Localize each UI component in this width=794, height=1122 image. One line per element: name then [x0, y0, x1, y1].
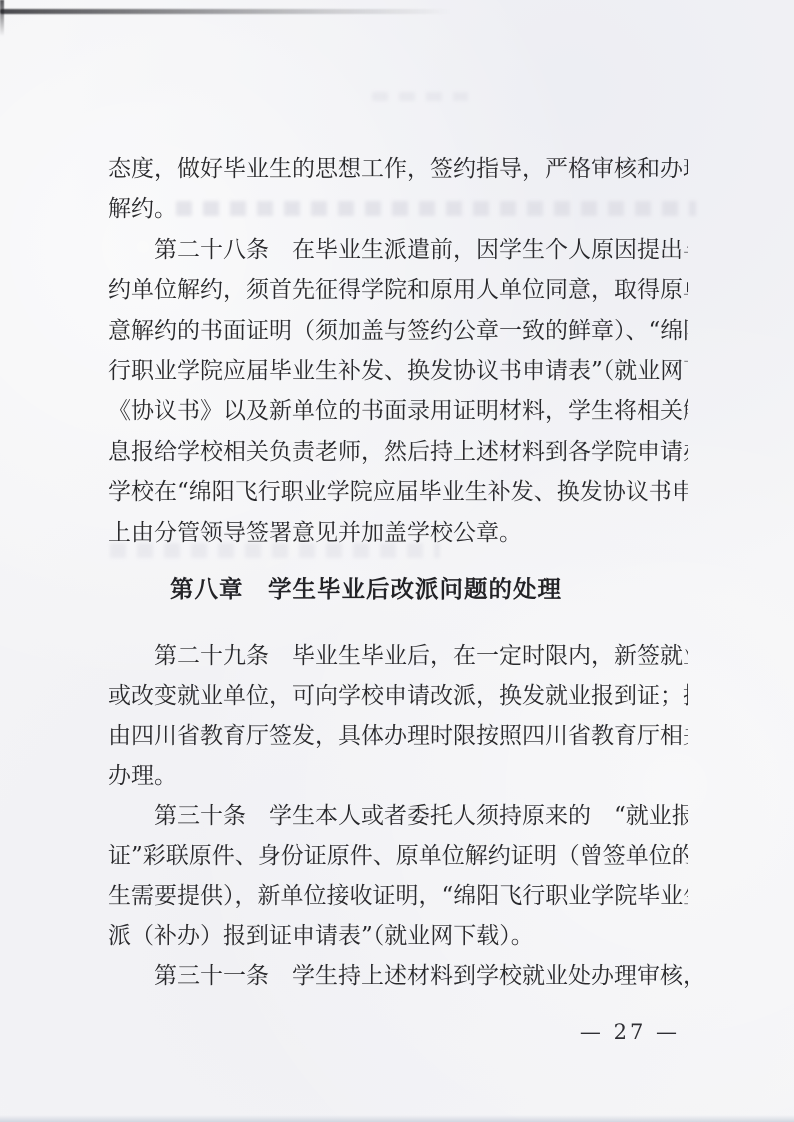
chapter-heading: 第八章 学生毕业后改派问题的处理: [76, 574, 656, 604]
text-line: 第三十条 学生本人或者委托人须持原来的 “就业报到: [108, 796, 688, 836]
text-line: 第二十九条 毕业生毕业后，在一定时限内，新签就业单位: [108, 636, 688, 676]
text-line: 上由分管领导签署意见并加盖学校公章。: [108, 513, 688, 553]
scan-bottom-edge-artifact: [0, 1115, 794, 1122]
text-line: 派（补办）报到证申请表”（就业网下载）。: [108, 916, 688, 956]
paragraph-block-before-heading: 态度，做好毕业生的思想工作，签约指导，严格审核和办理学生解约。第二十八条 在毕业…: [108, 149, 688, 553]
page-number: — 27 —: [0, 1019, 680, 1045]
text-line: 息报给学校相关负责老师，然后持上述材料到各学院申请办理，: [108, 432, 688, 472]
text-line: 办理。: [108, 756, 688, 796]
text-line: 由四川省教育厅签发，具体办理时限按照四川省教育厅相关规定: [108, 716, 688, 756]
text-line: 第三十一条 学生持上述材料到学校就业处办理审核，并由: [108, 956, 688, 996]
scan-top-edge-artifact: [0, 9, 470, 14]
text-line: 解约。: [108, 189, 688, 229]
bleedthrough-artifact: [372, 92, 468, 101]
scanned-document-page: 态度，做好毕业生的思想工作，签约指导，严格审核和办理学生解约。第二十八条 在毕业…: [0, 0, 794, 1122]
text-line: 意解约的书面证明（须加盖与签约公章一致的鲜章）、“绵阳飞: [108, 311, 688, 351]
text-line: 约单位解约，须首先征得学院和原用人单位同意，取得原单位同: [108, 270, 688, 310]
text-line: 行职业学院应届毕业生补发、换发协议书申请表”（就业网下载），: [108, 351, 688, 391]
text-line: 《协议书》以及新单位的书面录用证明材料，学生将相关解约信: [108, 391, 688, 431]
text-line: 或改变就业单位，可向学校申请改派，换发就业报到证；报到证: [108, 676, 688, 716]
text-line: 学校在“绵阳飞行职业学院应届毕业生补发、换发协议书申请表”: [108, 472, 688, 512]
scan-left-edge-artifact: [0, 0, 4, 36]
paragraph-block-after-heading: 第二十九条 毕业生毕业后，在一定时限内，新签就业单位或改变就业单位，可向学校申请…: [108, 636, 688, 996]
text-line: 证”彩联原件、身份证原件、原单位解约证明（曾签单位的毕业: [108, 836, 688, 876]
text-line: 态度，做好毕业生的思想工作，签约指导，严格审核和办理学生: [108, 149, 688, 189]
text-line: 第二十八条 在毕业生派遣前，因学生个人原因提出与原签: [108, 230, 688, 270]
text-line: 生需要提供），新单位接收证明，“绵阳飞行职业学院毕业生改: [108, 876, 688, 916]
